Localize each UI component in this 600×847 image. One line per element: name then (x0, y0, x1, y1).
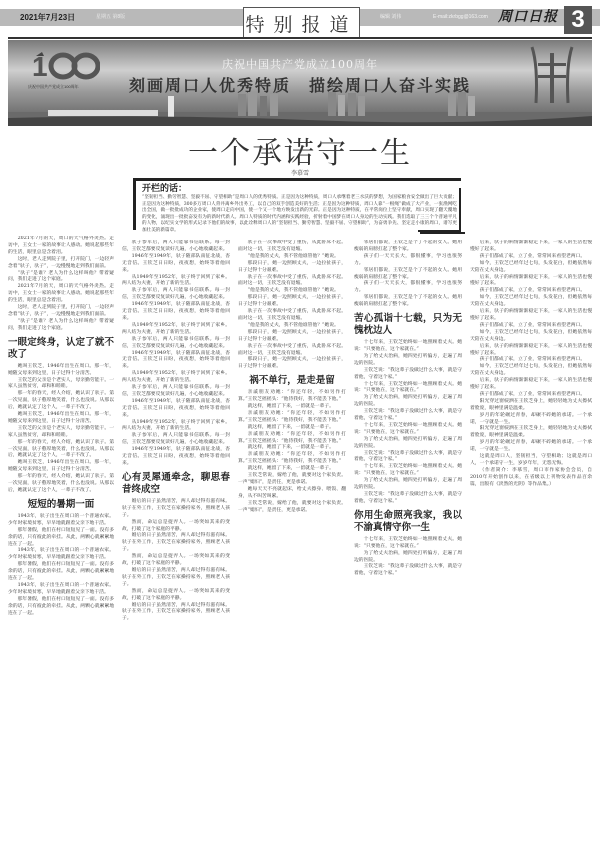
paragraph: 婚后的日子虽然清苦，两人却过得有滋有味。驮子在外工作，王钦芝在家操持家务，照顾老… (122, 499, 230, 520)
paragraph: 后来，驮子的病情渐渐稳定下来，一家人的生活也慢慢好了起来。 (470, 309, 592, 323)
article-headline: 一个承诺守一生 (0, 128, 600, 172)
paragraph: 王钦芝常说，嫁给了他，就要对这个家负责。一声“媳妇”，是责任，更是承诺。 (238, 473, 346, 487)
paragraph: 这就是周口人，坚韧担当，守望相助；这就是周口人，一个承诺守一生，岁岁年年，无怨无… (470, 454, 592, 468)
section-heading: 一眼定终身，认定了就不改了 (8, 337, 114, 361)
paragraph: 婚后的日子虽然清苦，两人却过得有滋有味。驮子在外工作，王钦芝在家操持家务，照顾老… (122, 533, 230, 554)
paragraph: 从1949年至1952年，驮子终于回到了家乡。两人结为夫妻，开始了新的生活。 (122, 323, 230, 337)
paragraph: 1946年至1949年，驮子随部队南征北战，杳无音信。王钦芝日日盼，夜夜想，始终… (122, 302, 230, 323)
paragraph: 婚后的日子虽然清苦，两人却过得有滋有味。驮子在外工作，王钦芝在家操持家务，照顾老… (122, 603, 230, 624)
paragraph: 那一年的春天，经人介绍，她认识了驮子。第一次见面，驮子憨厚地笑着，什么也没说。从… (8, 474, 114, 495)
paragraph: 1943年，驮子出生在周口的一个普通农家。少年时家境贫寒，早早地就跟着父亲下地干… (8, 514, 114, 528)
editor-info: 编辑 刘伟 (380, 10, 401, 25)
paragraph: 为了给丈夫治病，她四处打听偏方，走遍了周边的医院。 (354, 437, 462, 451)
paragraph: 十七年来，王钦芝始终如一地照顾着丈夫。她说：“只要他在，这个家就在。” (354, 464, 462, 478)
newspaper-name: 周口日报 (498, 6, 558, 26)
banner-subtitle: 庆祝中国共产党成立100周年 (8, 56, 592, 72)
paragraph: 孩子们都成了家，立了业，常常回来看望老两口。 (470, 392, 592, 399)
paragraph: 后来，驮子的病情渐渐稳定下来，一家人的生活也慢慢好了起来。 (470, 275, 592, 289)
paragraph: 岁月的年轮碾过青春，却碾不碎她的承诺。一个承诺，一守就是一生。 (470, 413, 592, 427)
paragraph: 驮子参军后，两人只能靠书信联系。每一封信，王钦芝都要反复读好几遍，小心地收藏起来… (122, 385, 230, 399)
paragraph: 她叫王钦芝，1946年出生在周口。那一年，她随父母来到这里，日子过得十分清苦。 (8, 364, 114, 378)
paragraph: 后来，驮子的病情渐渐稳定下来，一家人的生活也慢慢好了起来。 (470, 240, 592, 254)
paragraph: 那段日子，她一边照顾丈夫，一边拉扯孩子，日子过得十分艰难。 (238, 357, 346, 371)
editor-note-box: 开栏的话： “坚韧担当、勤劳智慧、坚毅不屈、守望相助”是周口人的优秀特质。正是因… (133, 178, 461, 230)
paragraph: 然而，命运总是捉弄人。一场突如其来的变故，打破了这个家庭的平静。 (122, 589, 230, 603)
paragraph: 驮子在一次事故中受了重伤，从此卧床不起。面对这一切，王钦芝没有退缩。 (238, 240, 346, 254)
paragraph: “他是我的丈夫，我不管他谁管他？”她说。 (238, 254, 346, 261)
paragraph: 王钦芝说：“我这辈子没做过什么大事，就是守着他，守着这个家。” (354, 451, 462, 465)
paragraph: 婚后的日子虽然清苦，两人却过得有滋有味。驮子在外工作，王钦芝在家操持家务，照顾老… (122, 568, 230, 589)
paragraph: 从1949年至1952年，驮子终于回到了家乡。两人结为夫妻，开始了新的生活。 (122, 371, 230, 385)
paragraph: 驮子参军后，两人只能靠书信联系。每一封信，王钦芝都要反复读好几遍，小心地收藏起来… (122, 433, 230, 447)
masthead: 2021年7月23日 星期五 第8版 特别报道 编辑 刘伟 E-mail:zkr… (0, 0, 600, 40)
article-byline: 李慕雪 (0, 168, 600, 177)
column-5: 后来，驮子的病情渐渐稳定下来，一家人的生活也慢慢好了起来。 孩子们都成了家，立了… (470, 240, 592, 840)
paragraph: 如今，王钦芝已经年过七旬，头发花白，但她依然每天陪在丈夫身边。 (470, 364, 592, 378)
paragraph: “驮子”是谁？老人为什么这样叫他？带着疑问，我们走进了这个家庭。 (8, 271, 114, 285)
paragraph: 王钦芝的父亲是个老实人，母亲勤劳能干。一家人虽然贫穷，却和和睦睦。 (8, 378, 114, 392)
section-heading: 苦心孤诣十七载，只为无愧枕边人 (354, 313, 462, 337)
paragraph: 后来，驮子的病情渐渐稳定下来，一家人的生活也慢慢好了起来。 (470, 378, 592, 392)
paragraph: 阳光穿过窗棂洒在王钦芝身上，她轻轻地为丈夫擦拭着脸庞，眼神里满是温柔。 (470, 399, 592, 413)
author-bio: （作者简介：李慕雪，周口市作家协会会员，自2010年开始创作以来，在省级以上刊物… (470, 468, 592, 489)
paragraph: 1943年，驮子出生在周口的一个普通农家。少年时家境贫寒，早早地就跟着父亲下地干… (8, 583, 114, 597)
paragraph: 亲戚朋友劝她：“你还年轻，不如另作打算。”王钦芝摇摇头：“他待我好，我不能丢下他… (238, 432, 346, 446)
column-4: 邻居们都说，王钦芝是个了不起的女人。她用瘦弱的肩膀扛起了整个家。 孩子们一天天长… (354, 240, 462, 840)
paragraph: 那一年的春天，经人介绍，她认识了驮子。第一次见面，驮子憨厚地笑着，什么也没说。从… (8, 440, 114, 461)
paragraph: 亲戚朋友劝她：“你还年轻，不如另作打算。”王钦芝摇摇头：“他待我好，我不能丢下他… (238, 390, 346, 404)
section-heading: 祸不单行，是走是留 (238, 375, 346, 387)
paragraph: 那一年的春天，经人介绍，她认识了驮子。第一次见面，驮子憨厚地笑着，什么也没说。从… (8, 391, 114, 412)
paragraph: 十七年来，王钦芝始终如一地照顾着丈夫。她说：“只要他在，这个家就在。” (354, 340, 462, 354)
paragraph: 2021年7月的天，周口的天气格外炎热。走访中，王女士一家的故事让人感动。她说起… (8, 236, 114, 257)
section-heading: 你用生命照亮我家，我以不渝真情守你一生 (354, 510, 462, 534)
paragraph: 为了给丈夫治病，她四处打听偏方，走遍了周边的医院。 (354, 395, 462, 409)
paragraph: 孩子们都成了家，立了业，常常回来看望老两口。 (470, 254, 592, 261)
paragraph: 这时，老人走到院子里，打开院门，一边轻声念着“驮子，驮子”，一边慢慢地走到我们面… (8, 257, 114, 271)
zhoukou-arch-icon (528, 45, 576, 105)
paragraph: 驮子在一次事故中受了重伤，从此卧床不起。面对这一切，王钦芝没有退缩。 (238, 309, 346, 323)
column-1: 2021年7月的天，周口的天气格外炎热。走访中，王女士一家的故事让人感动。她说起… (8, 236, 114, 836)
city-skyline-icon (8, 92, 592, 126)
paragraph: 那段日子，她一边照顾丈夫，一边拉扯孩子，日子过得十分艰难。 (238, 330, 346, 344)
paragraph: 从1949年至1952年，驮子终于回到了家乡。两人结为夫妻，开始了新的生活。 (122, 275, 230, 289)
paragraph: 驮子参军后，两人只能靠书信联系。每一封信，王钦芝都要反复读好几遍，小心地收藏起来… (122, 337, 230, 351)
paragraph: 如今，王钦芝已经年过七旬，头发花白，但她依然每天陪在丈夫身边。 (470, 261, 592, 275)
paragraph: “驮子”是谁？老人为什么这样叫他？带着疑问，我们走进了这个家庭。 (8, 319, 114, 333)
page-number: 3 (564, 6, 592, 34)
paragraph: 王钦芝说：“我这辈子没做过什么大事，就是守着他，守着这个家。” (354, 368, 462, 382)
edition-info: 星期五 第8版 (96, 10, 125, 25)
paragraph: 王钦芝说：“我这辈子没做过什么大事，就是守着他，守着这个家。” (354, 409, 462, 423)
special-banner: 1 庆祝中国共产党成立100周年 庆祝中国共产党成立100周年 刻画周口人优秀特… (8, 40, 592, 126)
paragraph: 孩子们一天天长大，都很懂事，学习也很努力。 (354, 281, 462, 295)
paragraph: 这时，老人走到院子里，打开院门，一边轻声念着“驮子，驮子”，一边慢慢地走到我们面… (8, 305, 114, 319)
paragraph: 那年暑假，他们在村口短短见了一面。没有多余的话，只有彼此的牵挂。从此，两颗心就紧… (8, 597, 114, 618)
paragraph: 为了给丈夫治病，她四处打听偏方，走遍了周边的医院。 (354, 551, 462, 565)
section-title: 特别报道 (243, 7, 360, 38)
paragraph: 十七年来，王钦芝始终如一地照顾着丈夫。她说：“只要他在，这个家就在。” (354, 423, 462, 437)
paragraph: 她叫王钦芝，1946年出生在周口。那一年，她随父母来到这里，日子过得十分清苦。 (8, 460, 114, 474)
paragraph: 如今，王钦芝已经年过七旬，头发花白，但她依然每天陪在丈夫身边。 (470, 330, 592, 344)
paragraph: 邻居们都说，王钦芝是个了不起的女人。她用瘦弱的肩膀扛起了整个家。 (354, 240, 462, 254)
paragraph: 亲戚朋友劝她：“你还年轻，不如另作打算。”王钦芝摇摇头：“他待我好，我不能丢下他… (238, 411, 346, 425)
paragraph: 岁月的年轮碾过青春，却碾不碎她的承诺。一个承诺，一守就是一生。 (470, 440, 592, 454)
editor-email: E-mail:zkrbgg@163.com (433, 10, 488, 25)
paragraph: 她每天天不亮就起床，给丈夫擦身、喂饭、翻身，从不叫苦叫累。 (238, 487, 346, 501)
paragraph: 王钦芝说：“我这辈子没做过什么大事，就是守着他，守着这个家。” (354, 564, 462, 578)
paragraph: 1946年至1949年，驮子随部队南征北战，杳无音信。王钦芝日日盼，夜夜想，始终… (122, 254, 230, 275)
paragraph: 驮子在一次事故中受了重伤，从此卧床不起。面对这一切，王钦芝没有退缩。 (238, 275, 346, 289)
paragraph: 1946年至1949年，驮子随部队南征北战，杳无音信。王钦芝日日盼，夜夜想，始终… (122, 447, 230, 468)
note-border-bottom (418, 230, 461, 232)
paragraph: 1946年至1949年，驮子随部队南征北战，杳无音信。王钦芝日日盼，夜夜想，始终… (122, 351, 230, 372)
publish-date: 2021年7月23日 (20, 10, 75, 25)
paragraph: 如今，王钦芝已经年过七旬，头发花白，但她依然每天陪在丈夫身边。 (470, 295, 592, 309)
paragraph: 孩子们都成了家，立了业，常常回来看望老两口。 (470, 323, 592, 330)
paragraph: 驮子在一次事故中受了重伤，从此卧床不起。面对这一切，王钦芝没有退缩。 (238, 344, 346, 358)
paragraph: 然而，命运总是捉弄人。一场突如其来的变故，打破了这个家庭的平静。 (122, 554, 230, 568)
paragraph: 十七年来，王钦芝始终如一地照顾着丈夫。她说：“只要他在，这个家就在。” (354, 382, 462, 396)
paragraph: “他是我的丈夫，我不管他谁管他？”她说。 (238, 323, 346, 330)
paragraph: 她叫王钦芝，1946年出生在周口。那一年，她随父母来到这里，日子过得十分清苦。 (8, 412, 114, 426)
paragraph: 那段日子，她一边照顾丈夫，一边拉扯孩子，日子过得十分艰难。 (238, 295, 346, 309)
section-heading: 心有灵犀通牵念，聊思春昔终成空 (122, 472, 230, 496)
paragraph: 1943年，驮子出生在周口的一个普通农家。少年时家境贫寒，早早地就跟着父亲下地干… (8, 548, 114, 562)
column-3: 驮子在一次事故中受了重伤，从此卧床不起。面对这一切，王钦芝没有退缩。 “他是我的… (238, 240, 346, 840)
paragraph: 然而，命运总是捉弄人。一场突如其来的变故，打破了这个家庭的平静。 (122, 520, 230, 534)
paragraph: 孩子们一天天长大，都很懂事，学习也很努力。 (354, 254, 462, 268)
paragraph: 王钦芝说：“我这辈子没做过什么大事，就是守着他，守着这个家。” (354, 492, 462, 506)
note-border-right (459, 188, 461, 232)
paragraph: 为了给丈夫治病，她四处打听偏方，走遍了周边的医院。 (354, 478, 462, 492)
paragraph: 那年暑假，他们在村口短短见了一面。没有多余的话，只有彼此的牵挂。从此，两颗心就紧… (8, 562, 114, 583)
masthead-rule (8, 37, 592, 39)
paragraph: 那年暑假，他们在村口短短见了一面。没有多余的话，只有彼此的牵挂。从此，两颗心就紧… (8, 528, 114, 549)
column-2: 驮子参军后，两人只能靠书信联系。每一封信，王钦芝都要反复读好几遍，小心地收藏起来… (122, 240, 230, 840)
paragraph: 驮子参军后，两人只能靠书信联系。每一封信，王钦芝都要反复读好几遍，小心地收藏起来… (122, 240, 230, 254)
paragraph: 从1949年至1952年，驮子终于回到了家乡。两人结为夫妻，开始了新的生活。 (122, 420, 230, 434)
paragraph: 2021年7月的天，周口的天气格外炎热。走访中，王女士一家的故事让人感动。她说起… (8, 284, 114, 305)
paragraph: 邻居们都说，王钦芝是个了不起的女人。她用瘦弱的肩膀扛起了整个家。 (354, 268, 462, 282)
paragraph: 后来，驮子的病情渐渐稳定下来，一家人的生活也慢慢好了起来。 (470, 344, 592, 358)
editor-note-body: “坚韧担当、勤劳智慧、坚毅不屈、守望相助”是周口人的优秀特质。正是因为这种特质，… (142, 195, 457, 235)
paragraph: 十七年来，王钦芝始终如一地照顾着丈夫。她说：“只要他在，这个家就在。” (354, 537, 462, 551)
paragraph: 邻居们都说，王钦芝是个了不起的女人。她用瘦弱的肩膀扛起了整个家。 (354, 295, 462, 309)
paragraph: 就这样，她留了下来，一留就是一辈子。 (238, 425, 346, 432)
paragraph: 1946年至1949年，驮子随部队南征北战，杳无音信。王钦芝日日盼，夜夜想，始终… (122, 399, 230, 420)
section-heading: 短短的暑期一面 (8, 499, 114, 511)
paragraph: 就这样，她留了下来，一留就是一辈子。 (238, 404, 346, 411)
paragraph: 阳光穿过窗棂洒在王钦芝身上，她轻轻地为丈夫擦拭着脸庞，眼神里满是温柔。 (470, 426, 592, 440)
paragraph: 那段日子，她一边照顾丈夫，一边拉扯孩子，日子过得十分艰难。 (238, 261, 346, 275)
paragraph: 亲戚朋友劝她：“你还年轻，不如另作打算。”王钦芝摇摇头：“他待我好，我不能丢下他… (238, 452, 346, 466)
paragraph: 王钦芝常说，嫁给了他，就要对这个家负责。一声“媳妇”，是责任，更是承诺。 (238, 501, 346, 515)
paragraph: 王钦芝的父亲是个老实人，母亲勤劳能干。一家人虽然贫穷，却和和睦睦。 (8, 426, 114, 440)
paragraph: 为了给丈夫治病，她四处打听偏方，走遍了周边的医院。 (354, 354, 462, 368)
paragraph: 驮子参军后，两人只能靠书信联系。每一封信，王钦芝都要反复读好几遍，小心地收藏起来… (122, 288, 230, 302)
editor-note-title: 开栏的话： (142, 183, 457, 195)
